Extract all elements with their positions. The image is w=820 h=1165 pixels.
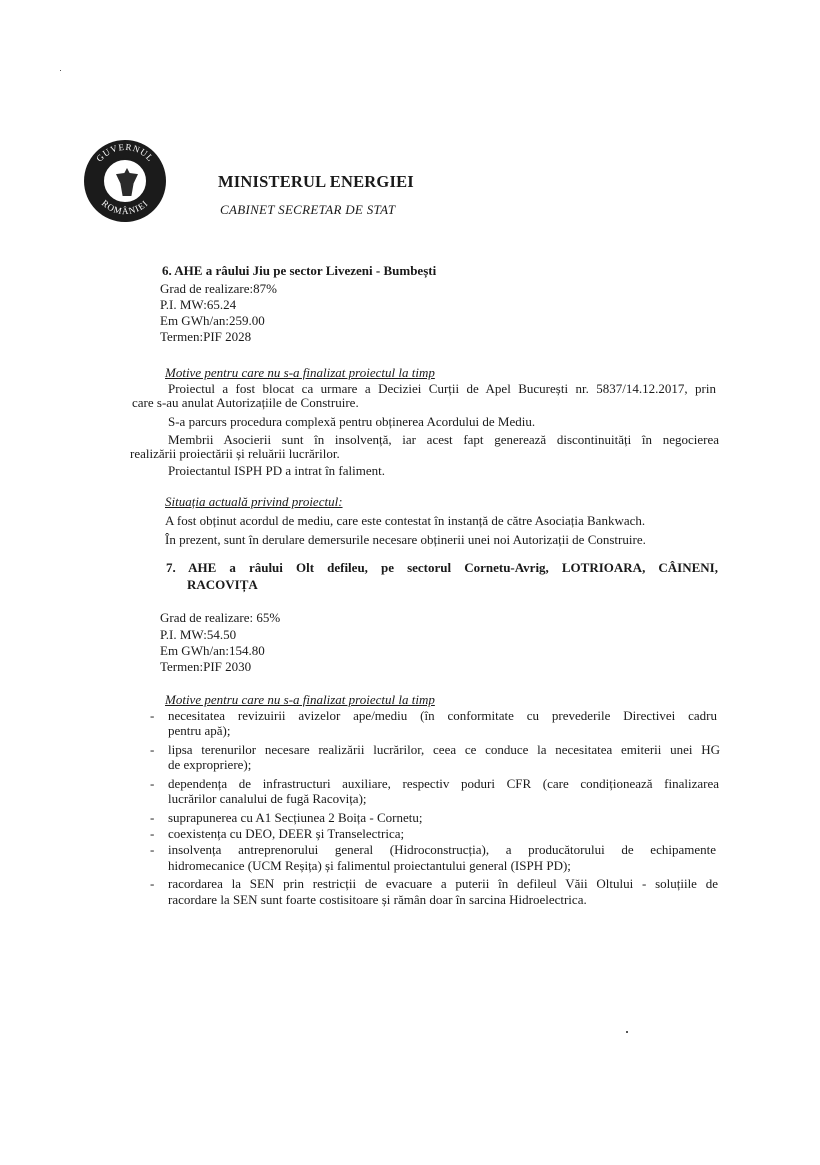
project-6-motive-line: Membrii Asocierii sunt în insolvență, ia… (168, 432, 719, 447)
project-7-em: Em GWh/an:154.80 (160, 643, 265, 658)
project-6-em: Em GWh/an:259.00 (160, 313, 265, 328)
bullet-dash: - (150, 826, 154, 842)
project-6-motive-line: care s-au anulat Autorizațiile de Constr… (132, 395, 359, 410)
bullet-dash: - (150, 742, 154, 758)
project-6-motive-line: realizării proiectării și reluării lucră… (130, 446, 340, 461)
project-7-title-cont: RACOVIȚA (187, 577, 258, 592)
project-6-pi: P.I. MW:65.24 (160, 297, 236, 312)
project-6-motive-heading: Motive pentru care nu s-a finalizat proi… (165, 365, 435, 380)
project-7-motive-line: de expropriere); (168, 757, 251, 772)
project-7-pi: P.I. MW:54.50 (160, 627, 236, 642)
project-6-title: 6. AHE a râului Jiu pe sector Livezeni -… (162, 263, 436, 278)
coat-of-arms-icon (116, 168, 138, 196)
bullet-dash: - (150, 708, 154, 724)
project-7-motive-line: pentru apă); (168, 723, 230, 738)
bullet-dash: - (150, 776, 154, 792)
project-7-termen: Termen:PIF 2030 (160, 659, 251, 674)
project-7-motive-line: coexistența cu DEO, DEER și Transelectri… (168, 826, 404, 841)
project-7-motive-line: lucrărilor canalului de fugă Racovița); (168, 791, 367, 806)
ministry-title: MINISTERUL ENERGIEI (218, 172, 414, 192)
project-6-termen: Termen:PIF 2028 (160, 329, 251, 344)
project-7-title: 7. AHE a râului Olt defileu, pe sectorul… (166, 560, 718, 575)
project-7-motive-heading: Motive pentru care nu s-a finalizat proi… (165, 692, 435, 707)
project-6-motive-line: Proiectul a fost blocat ca urmare a Deci… (168, 381, 716, 396)
project-7-motive-line: dependența de infrastructuri auxiliare, … (168, 776, 719, 791)
bullet-dash: - (150, 876, 154, 892)
project-6-motive-line: S-a parcurs procedura complexă pentru ob… (168, 414, 535, 429)
project-7-motive-line: necesitatea revizuirii avizelor ape/medi… (168, 708, 717, 723)
project-7-motive-line: hidromecanice (UCM Reșița) și falimentul… (168, 858, 571, 873)
project-6-situatia-line: În prezent, sunt în derulare demersurile… (165, 532, 646, 547)
project-7-motive-line: racordarea la SEN prin restricții de eva… (168, 876, 718, 891)
project-7-motive-line: lipsa terenurilor necesare realizării lu… (168, 742, 720, 757)
bullet-dash: - (150, 842, 154, 858)
project-6-situatia-line: A fost obținut acordul de mediu, care es… (165, 513, 645, 528)
project-7-grad: Grad de realizare: 65% (160, 610, 280, 625)
government-seal-icon: GUVERNUL ROMÂNIEI (84, 140, 166, 222)
project-6-situatia-heading: Situația actuală privind proiectul: (165, 494, 343, 509)
scan-speck (626, 1031, 628, 1033)
project-7-motive-line: suprapunerea cu A1 Secțiunea 2 Boița - C… (168, 810, 423, 825)
project-7-motive-line: insolvența antreprenorului general (Hidr… (168, 842, 716, 857)
cabinet-subtitle: CABINET SECRETAR DE STAT (220, 202, 395, 218)
bullet-dash: - (150, 810, 154, 826)
project-6-grad: Grad de realizare:87% (160, 281, 277, 296)
project-7-motive-line: racordare la SEN sunt foarte costisitoar… (168, 892, 587, 907)
project-6-motive-line: Proiectantul ISPH PD a intrat în falimen… (168, 463, 385, 478)
scan-speck (60, 70, 61, 71)
